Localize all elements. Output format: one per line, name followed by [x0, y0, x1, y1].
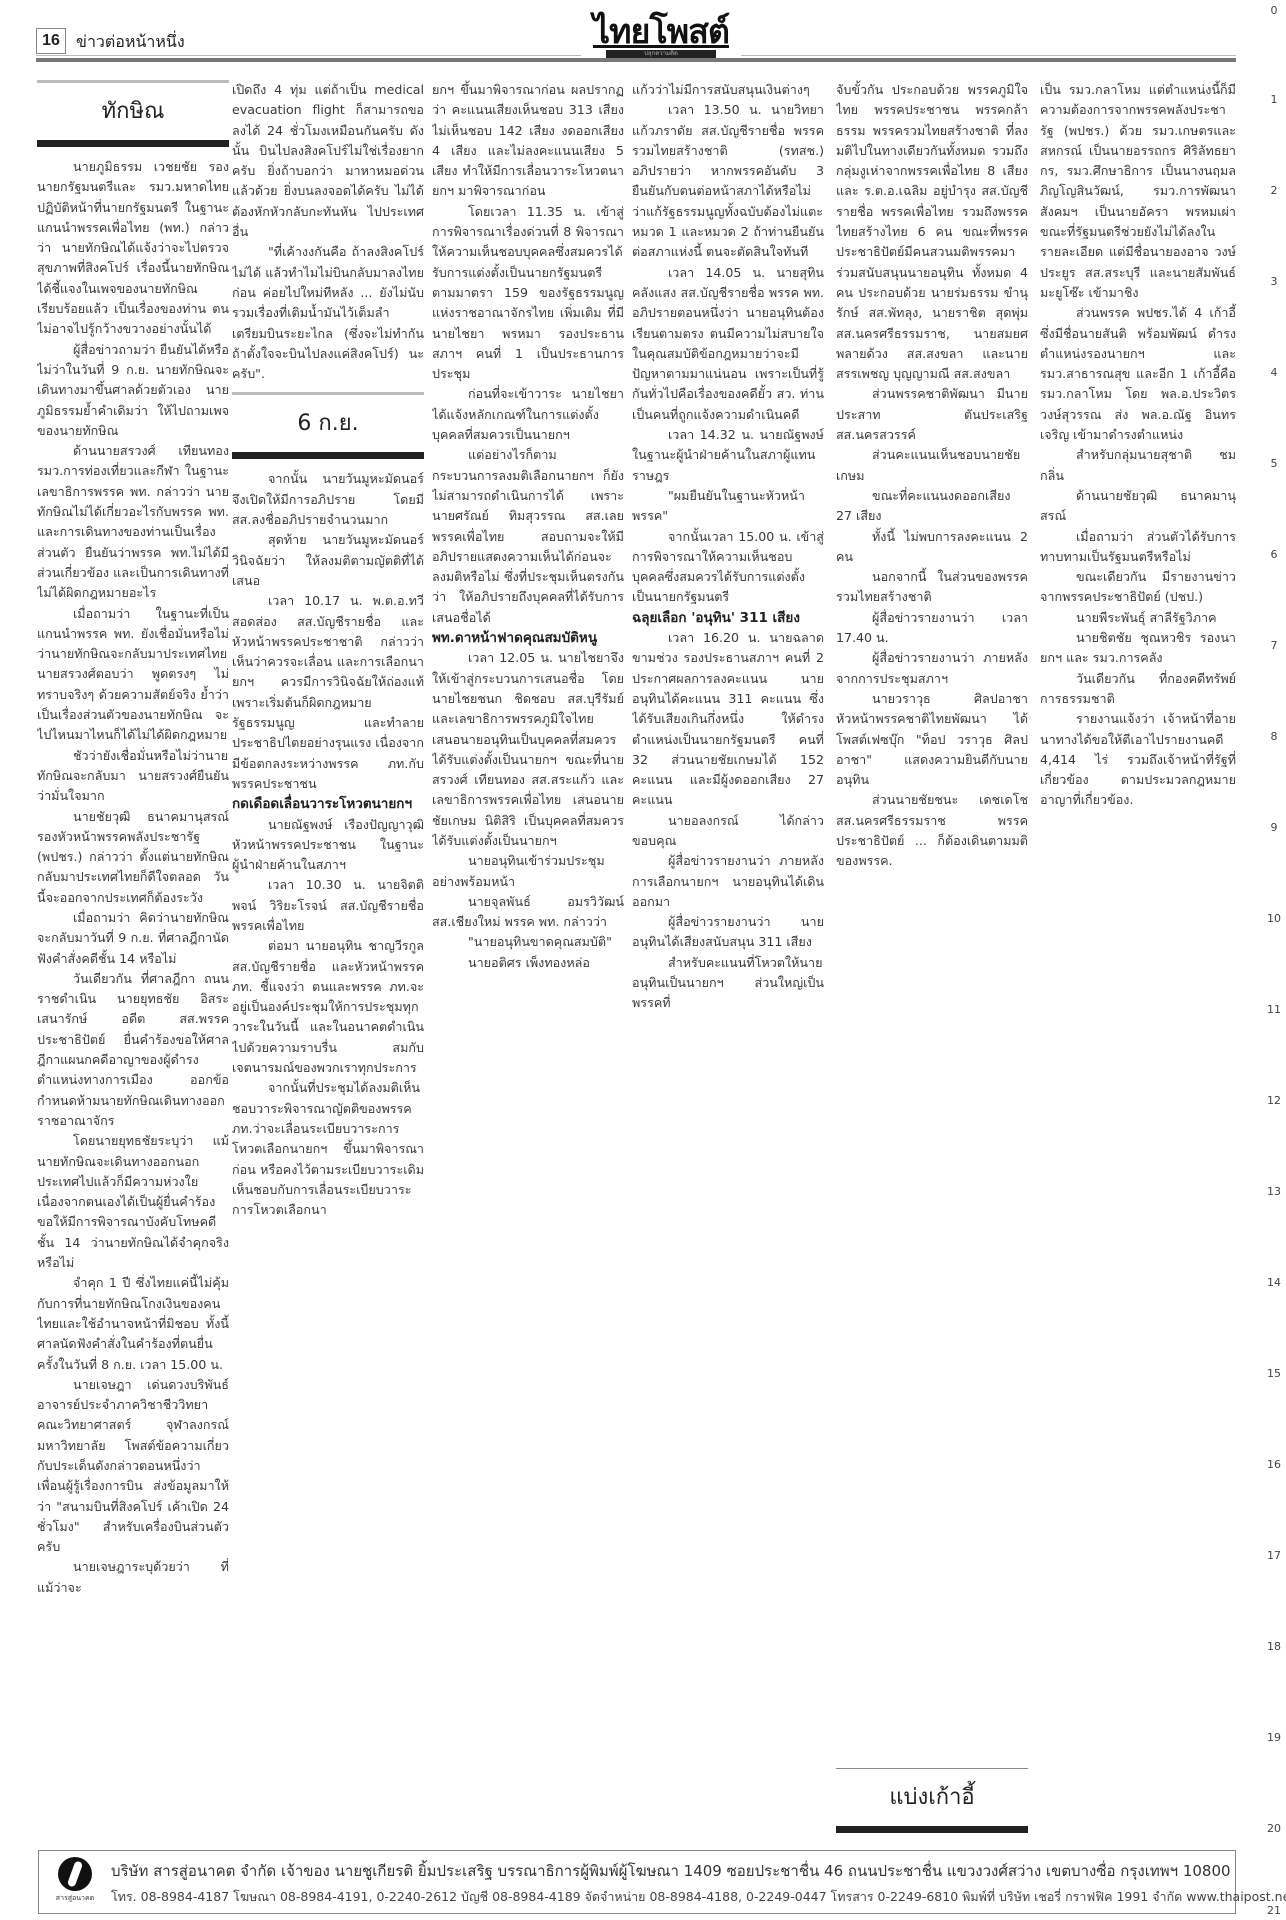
- paragraph: "ผมยืนยันในฐานะหัวหน้าพรรค": [632, 486, 824, 527]
- paragraph: ต่อมา นายอนุทิน ชาญวีรกูล สส.บัญชีรายชื่…: [232, 936, 424, 1078]
- ruler-mark: 2: [1262, 184, 1286, 197]
- heading-box-seats: แบ่งเก้าอี้: [836, 1768, 1028, 1833]
- ruler-mark: 5: [1262, 457, 1286, 470]
- paragraph: นายชัยวุฒิ ธนาคมานุสรณ์ รองหัวหน้าพรรคพล…: [37, 807, 229, 908]
- paragraph: ยกฯ ขึ้นมาพิจารณาก่อน ผลปรากฏว่า คะแนนเส…: [432, 80, 624, 202]
- paragraph: สำหรับกลุ่มนายสุชาติ ชมกลิ่น: [1040, 445, 1236, 486]
- paragraph: เวลา 10.30 น. นายจิตติพจน์ วิริยะโรจน์ ส…: [232, 875, 424, 936]
- ruler-mark: 10: [1262, 912, 1286, 925]
- paragraph: เมื่อถามว่า ส่วนตัวได้รับการทาบทามเป็นรั…: [1040, 527, 1236, 568]
- ruler-mark: 14: [1262, 1276, 1286, 1289]
- paragraph: เวลา 13.50 น. นายวิทยา แก้วภราดัย สส.บัญ…: [632, 100, 824, 262]
- paragraph: วันเดียวกัน ที่ศาลฎีกา ถนนราชดำเนิน นายย…: [37, 969, 229, 1131]
- paragraph: ส่วนพรรคชาติพัฒนา มีนายประสาท ตันประเสริ…: [836, 384, 1028, 445]
- paragraph: นายเจษฎาระบุด้วยว่า ที่แม้ว่าจะ: [37, 1557, 229, 1598]
- paragraph: จำคุก 1 ปี ซึ่งไทยแค่นี้ไม่คุ้มกับการที่…: [37, 1273, 229, 1374]
- ruler-mark: 11: [1262, 1003, 1286, 1016]
- ruler-mark: 9: [1262, 821, 1286, 834]
- heading-thaksin: ทักษิณ: [37, 83, 229, 140]
- column-2: เปิดถึง 4 ทุ่ม แต่ถ้าเป็น medical evacua…: [232, 80, 424, 1830]
- paragraph: สุดท้าย นายวันมูหะมัดนอร์วินิจฉัยว่า ให้…: [232, 530, 424, 591]
- paragraph: นายจุลพันธ์ อมรวิวัฒน์ สส.เชียงใหม่ พรรค…: [432, 892, 624, 933]
- paragraph: แก้วว่าไม่มีการสนับสนุนเงินต่างๆ: [632, 80, 824, 100]
- paragraph: เวลา 16.20 น. นายฉลาด ขามช่วง รองประธานส…: [632, 628, 824, 811]
- paragraph: เวลา 10.17 น. พ.ต.อ.ทวี สอดส่อง สส.บัญชี…: [232, 591, 424, 794]
- ruler-mark: 0: [1262, 4, 1286, 17]
- paragraph: สำหรับคะแนนที่โหวตให้นายอนุทินเป็นนายกฯ …: [632, 953, 824, 1014]
- heading-rule-bottom: [37, 140, 229, 147]
- ruler-mark: 4: [1262, 366, 1286, 379]
- paragraph: จากนั้น นายวันมูหะมัดนอร์จึงเปิดให้มีการ…: [232, 469, 424, 530]
- column-1: ทักษิณ นายภูมิธรรม เวชยชัย รองนายกรัฐมนต…: [37, 80, 229, 1830]
- paragraph: นายภูมิธรรม เวชยชัย รองนายกรัฐมนตรีและ ร…: [37, 157, 229, 340]
- paragraph: ขณะเดียวกัน มีรายงานข่าวจากพรรคประชาธิปั…: [1040, 567, 1236, 608]
- publisher-footer: สารสู่อนาคต บริษัท สารสู่อนาคต จำกัด เจ้…: [38, 1850, 1236, 1914]
- publisher-logo: สารสู่อนาคต: [53, 1857, 97, 1907]
- ruler-mark: 21: [1262, 1904, 1286, 1917]
- ruler-mark: 13: [1262, 1185, 1286, 1198]
- paragraph: "ที่เค้างงกันคือ ถ้าลงสิงคโปร์ไม่ได้ แล้…: [232, 242, 424, 384]
- ruler-mark: 8: [1262, 730, 1286, 743]
- paragraph: ผู้สื่อข่าวรายงานว่า นายอนุทินได้เสียงสน…: [632, 912, 824, 953]
- ruler-mark: 6: [1262, 548, 1286, 561]
- paragraph: จากนั้นที่ประชุมได้ลงมติเห็นชอบวาระพิจาร…: [232, 1078, 424, 1220]
- paragraph: นอกจากนี้ ในส่วนของพรรครวมไทยสร้างชาติ: [836, 567, 1028, 608]
- ruler-mark: 12: [1262, 1094, 1286, 1107]
- paragraph: ด้านนายชัยวุฒิ ธนาคมานุสรณ์: [1040, 486, 1236, 527]
- masthead-logo: ไทยโพสต์ ปลุกความคิด: [581, 14, 741, 58]
- paragraph: ชัวว่ายังเชื่อมั่นหรือไม่ว่านายทักษิณจะก…: [37, 746, 229, 807]
- column-5: จับขั้วกัน ประกอบด้วย พรรคภูมิใจไทย พรรค…: [836, 80, 1028, 1760]
- paragraph: นายอลงกรณ์ ได้กล่าวขอบคุณ: [632, 811, 824, 852]
- paragraph: วันเดียวกัน ที่กองคดีทรัพย์การธรรมชาติ: [1040, 669, 1236, 710]
- paragraph: เวลา 14.05 น. นายสุทิน คลังแสง สส.บัญชีร…: [632, 263, 824, 425]
- subheading: ฉลุยเลือก 'อนุทิน' 311 เสียง: [632, 608, 824, 628]
- ruler-mark: 20: [1262, 1822, 1286, 1835]
- section-title: ข่าวต่อหน้าหนึ่ง: [76, 30, 185, 55]
- paragraph: เปิดถึง 4 ทุ่ม แต่ถ้าเป็น medical evacua…: [232, 80, 424, 242]
- paragraph: ส่วนคะแนนเห็นชอบนายชัยเกษม: [836, 445, 1028, 486]
- column-4: แก้วว่าไม่มีการสนับสนุนเงินต่างๆ เวลา 13…: [632, 80, 824, 1830]
- publisher-contacts: โทร. 08-8984-4187 โฆษณา 08-8984-4191, 0-…: [111, 1887, 1286, 1907]
- paragraph: "นายอนุทินขาดคุณสมบัติ": [432, 932, 624, 952]
- paragraph: ส่วนพรรค พปชร.ได้ 4 เก้าอี้ ซึ่งมีชื่อนา…: [1040, 303, 1236, 445]
- paragraph: โดยเวลา 11.35 น. เข้าสู่การพิจารณาเรื่อง…: [432, 202, 624, 385]
- paragraph: นายชิตชัย ชุณหวชิร รองนายกฯ และ รมว.การค…: [1040, 628, 1236, 669]
- page-number: 16: [36, 28, 66, 54]
- paragraph: ผู้สื่อข่าวรายงานว่า เวลา 17.40 น.: [836, 608, 1028, 649]
- page-ruler: 0 1 2 3 4 5 6 7 8 9 10 11 12 13 14 15 16…: [1262, 0, 1286, 1920]
- ruler-mark: 1: [1262, 93, 1286, 106]
- paragraph: แต่อย่างไรก็ตาม กระบวนการลงมติเลือกนายกฯ…: [432, 445, 624, 628]
- paragraph: ด้านนายสรวงศ์ เทียนทอง รมว.การท่องเที่ยว…: [37, 441, 229, 603]
- heading-box-thaksin: ทักษิณ: [37, 80, 229, 147]
- newspaper-page: 16 ข่าวต่อหน้าหนึ่ง ไทยโพสต์ ปลุกความคิด…: [0, 0, 1286, 1920]
- ruler-mark: 17: [1262, 1549, 1286, 1562]
- column-6: เป็น รมว.กลาโหม แต่ตำแหน่งนี้ก็มีความต้อ…: [1040, 80, 1236, 1830]
- ruler-mark: 15: [1262, 1367, 1286, 1380]
- heading-box-sept6: 6 ก.ย.: [232, 392, 424, 459]
- publisher-logo-icon: [58, 1857, 92, 1891]
- subheading: พท.ดาหน้าฟาดคุณสมบัติหนู: [432, 628, 624, 648]
- publisher-info: บริษัท สารสู่อนาคต จำกัด เจ้าของ นายชูเก…: [111, 1859, 1231, 1883]
- paragraph: เป็น รมว.กลาโหม แต่ตำแหน่งนี้ก็มีความต้อ…: [1040, 80, 1236, 303]
- paragraph: ผู้สื่อข่าวถามว่า ยืนยันได้หรือไม่ว่าในว…: [37, 340, 229, 441]
- page-header: 16 ข่าวต่อหน้าหนึ่ง ไทยโพสต์ ปลุกความคิด: [36, 22, 1236, 58]
- paragraph: ผู้สื่อข่าวรายงานว่า ภายหลังการเลือกนายก…: [632, 851, 824, 912]
- ruler-mark: 16: [1262, 1458, 1286, 1471]
- paragraph: นายพีระพันธุ์ สาลีรัฐวิภาค: [1040, 608, 1236, 628]
- paragraph: นายเจษฎา เด่นดวงบริพันธ์ อาจารย์ประจำภาค…: [37, 1375, 229, 1558]
- paragraph: เมื่อถามว่า ในฐานะที่เป็นแกนนำพรรค พท. ย…: [37, 604, 229, 746]
- subheading: กดเดือดเลื่อนวาระโหวตนายกฯ: [232, 794, 424, 814]
- ruler-mark: 18: [1262, 1640, 1286, 1653]
- paragraph: เวลา 12.05 น. นายไชยาจึงให้เข้าสู่กระบวน…: [432, 648, 624, 851]
- paragraph: ส่วนนายชัยชนะ เดชเดโช สส.นครศรีธรรมราช พ…: [836, 790, 1028, 871]
- paragraph: นายอติศร เพ็งทองหล่อ: [432, 953, 624, 973]
- paragraph: จับขั้วกัน ประกอบด้วย พรรคภูมิใจไทย พรรค…: [836, 80, 1028, 384]
- paragraph: โดยนายยุทธชัยระบุว่า แม้นายทักษิณจะเดินท…: [37, 1131, 229, 1273]
- publisher-logo-caption: สารสู่อนาคต: [53, 1893, 97, 1904]
- paragraph: นายอนุทินเข้าร่วมประชุมอย่างพร้อมหน้า: [432, 851, 624, 892]
- header-rule: [36, 58, 1236, 62]
- heading-rule-bottom: [836, 1826, 1028, 1833]
- heading-sept6: 6 ก.ย.: [232, 395, 424, 452]
- ruler-mark: 3: [1262, 275, 1286, 288]
- paragraph: นายณัฐพงษ์ เรืองปัญญาวุฒิ หัวหน้าพรรคประ…: [232, 815, 424, 876]
- paragraph: ผู้สื่อข่าวรายงานว่า ภายหลังจากการประชุม…: [836, 648, 1028, 689]
- paragraph: ทั้งนี้ ไม่พบการลงคะแนน 2 คน: [836, 527, 1028, 568]
- paragraph: เวลา 14.32 น. นายณัฐพงษ์ ในฐานะผู้นำฝ่าย…: [632, 425, 824, 486]
- paragraph: นายวราวุธ ศิลปอาชา หัวหน้าพรรคชาติไทยพัฒ…: [836, 689, 1028, 790]
- ruler-mark: 19: [1262, 1731, 1286, 1744]
- ruler-mark: 7: [1262, 639, 1286, 652]
- column-3: ยกฯ ขึ้นมาพิจารณาก่อน ผลปรากฏว่า คะแนนเส…: [432, 80, 624, 1830]
- paragraph: ก่อนที่จะเข้าวาระ นายไชยาได้แจ้งหลักเกณฑ…: [432, 384, 624, 445]
- logo-text: ไทยโพสต์: [581, 14, 741, 50]
- heading-rule-bottom: [232, 452, 424, 459]
- paragraph: เมื่อถามว่า คิดว่านายทักษิณจะกลับมาวันที…: [37, 908, 229, 969]
- paragraph: รายงานแจ้งว่า เจ้าหน้าที่อายนาทางได้ขอให…: [1040, 709, 1236, 810]
- paragraph: ขณะที่คะแนนงดออกเสียง 27 เสียง: [836, 486, 1028, 527]
- heading-seats: แบ่งเก้าอี้: [836, 1769, 1028, 1826]
- paragraph: จากนั้นเวลา 15.00 น. เข้าสู่การพิจารณาให…: [632, 527, 824, 608]
